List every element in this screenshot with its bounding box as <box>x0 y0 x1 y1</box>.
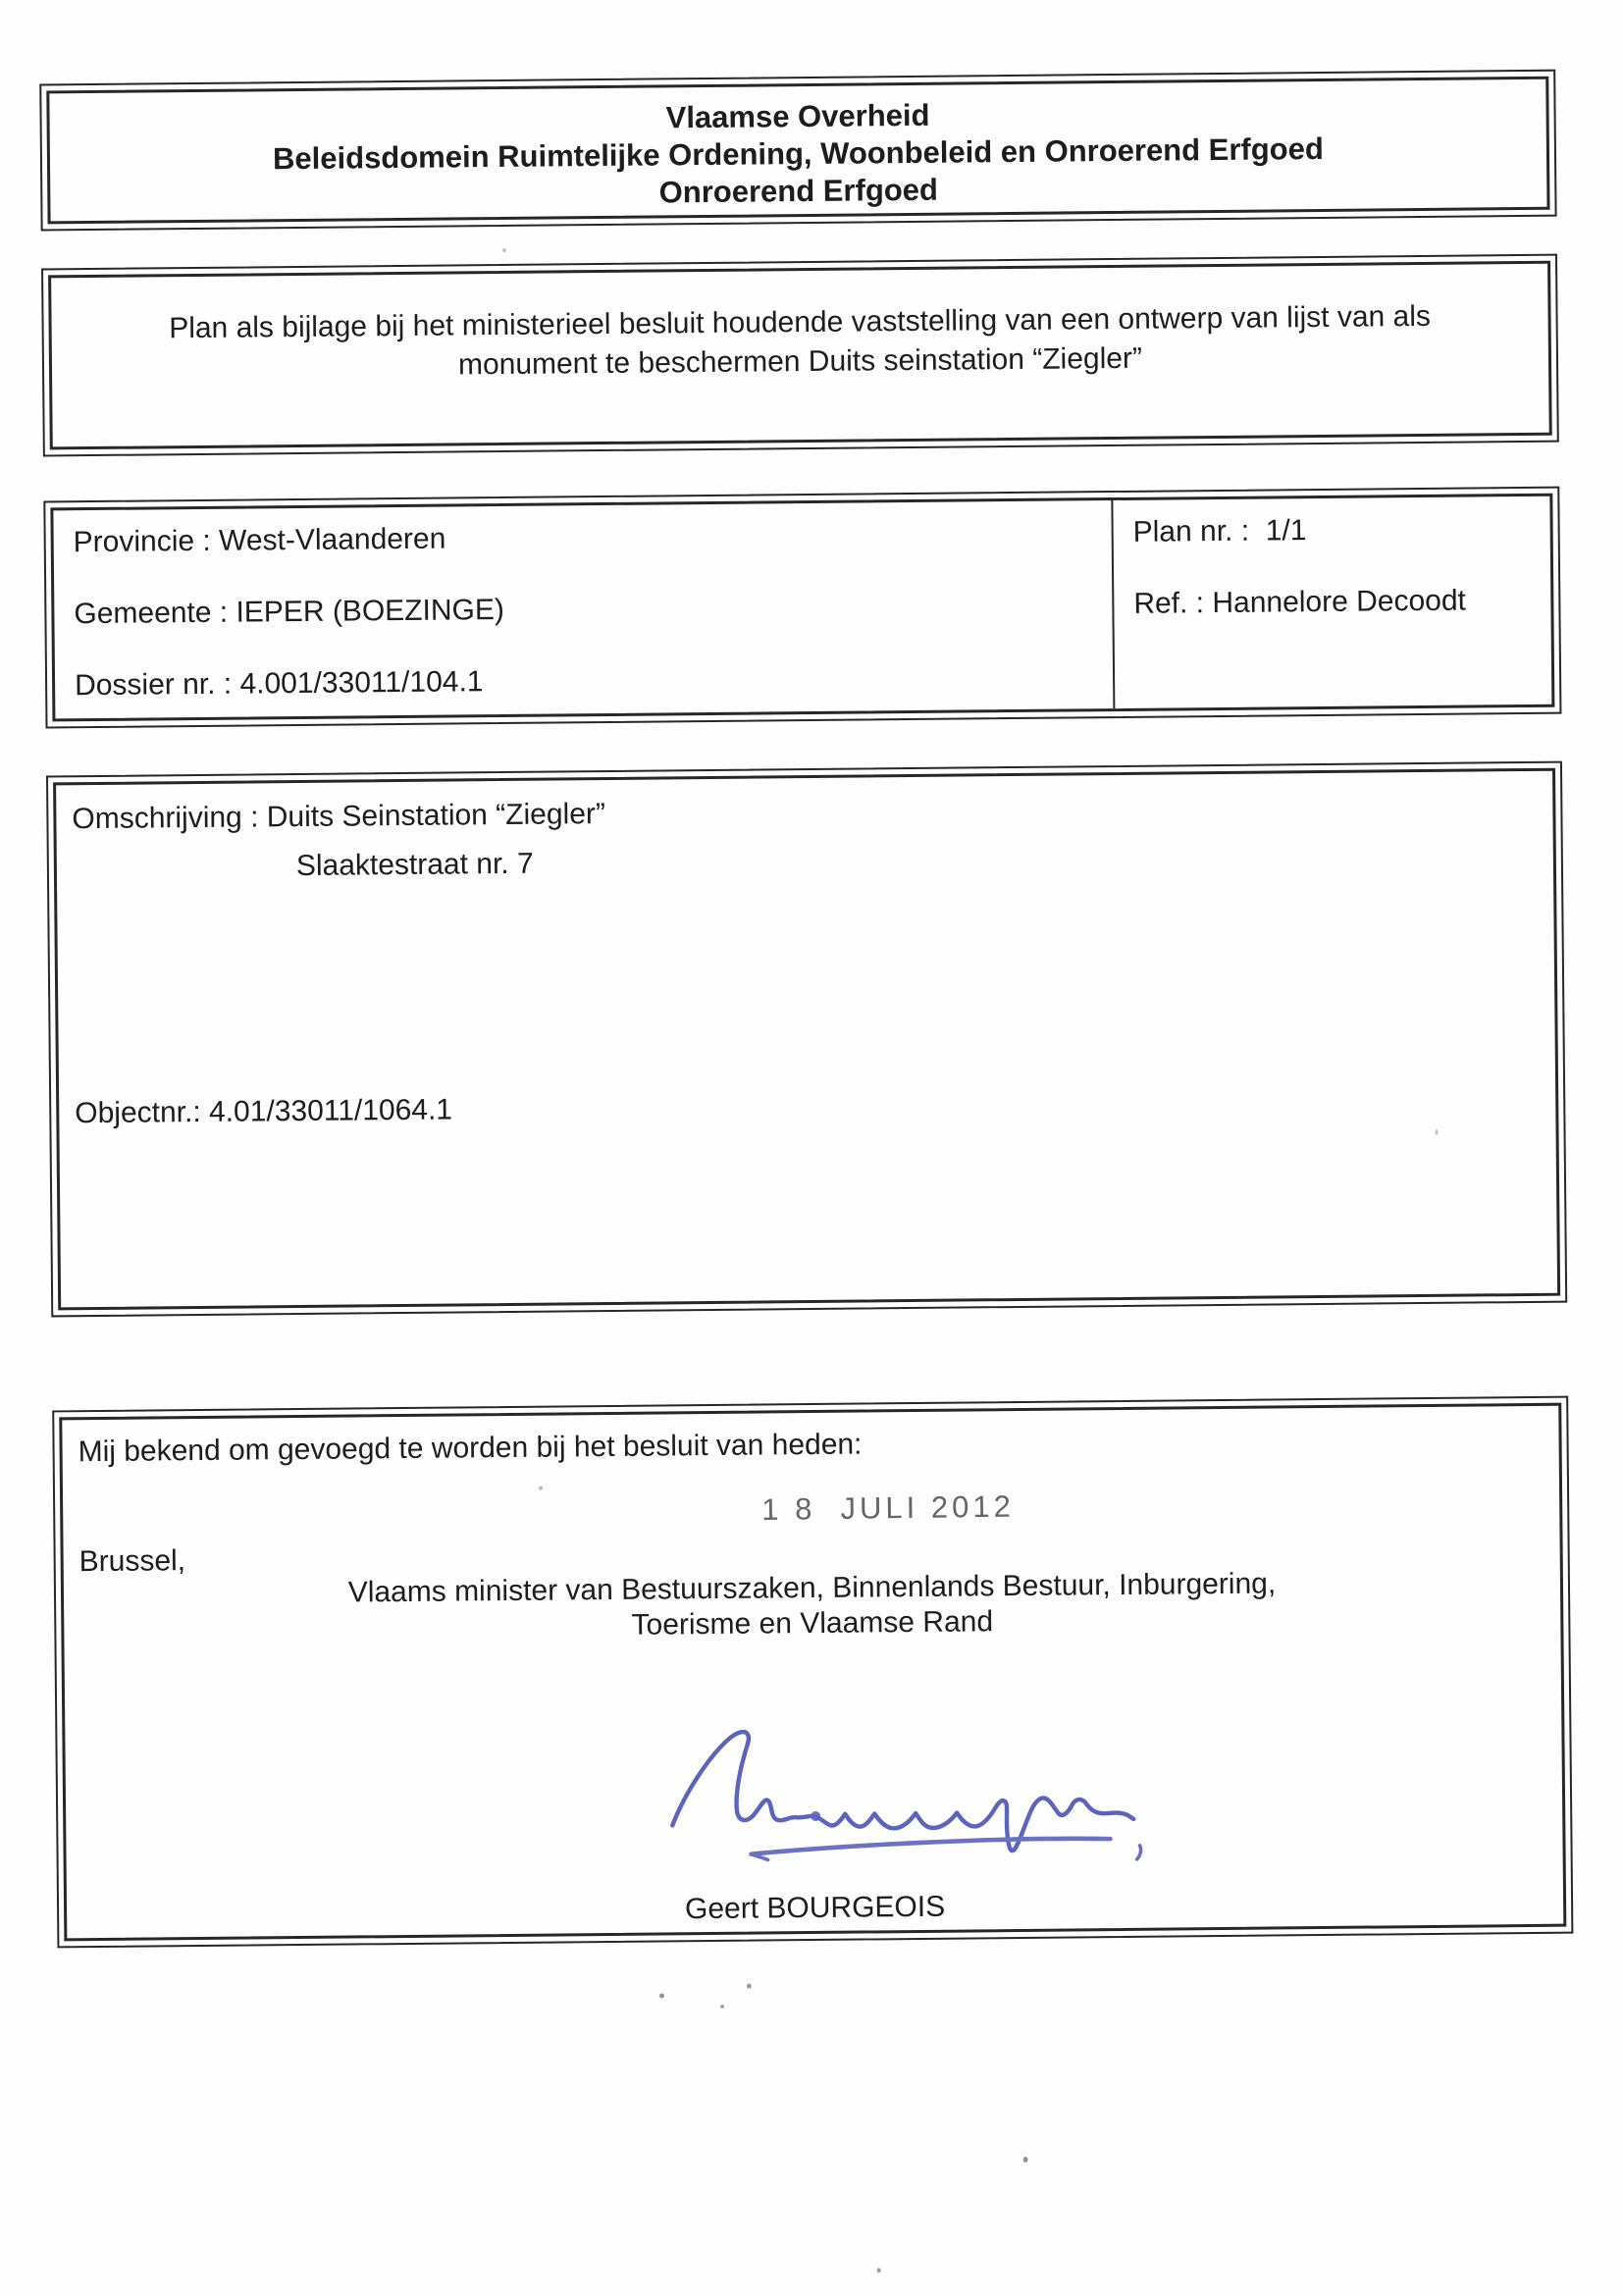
header-box: Vlaamse Overheid Beleidsdomein Ruimtelij… <box>39 70 1556 232</box>
place-field: Brussel, <box>79 1544 186 1579</box>
scan-speck <box>659 1993 664 1998</box>
details-left-column: Provincie : West-Vlaanderen Gemeente : I… <box>53 500 1115 718</box>
plan-nr-field: Plan nr. : 1/1 <box>1133 512 1531 549</box>
date-stamp: 1 8 JULI 2012 <box>761 1489 1015 1528</box>
scan-speck <box>877 2268 881 2272</box>
objectnr-field: Objectnr.: 4.01/33011/1064.1 <box>75 1094 452 1131</box>
details-box-inner: Provincie : West-Vlaanderen Gemeente : I… <box>50 494 1554 722</box>
details-box: Provincie : West-Vlaanderen Gemeente : I… <box>43 487 1561 729</box>
signing-intro: Mij bekend om gevoegd te worden bij het … <box>78 1429 862 1470</box>
omschrijving-field: Omschrijving : Duits Seinstation “Ziegle… <box>72 798 605 836</box>
document-sheet: Vlaamse Overheid Beleidsdomein Ruimtelij… <box>0 0 1623 2296</box>
gemeente-field: Gemeente : IEPER (BOEZINGE) <box>74 588 1092 631</box>
description-box: Omschrijving : Duits Seinstation “Ziegle… <box>46 761 1567 1318</box>
ref-field: Ref. : Hannelore Decoodt <box>1133 584 1531 621</box>
spacer <box>1134 655 1532 693</box>
scan-speck <box>502 248 506 252</box>
details-columns: Provincie : West-Vlaanderen Gemeente : I… <box>53 496 1551 719</box>
signer-name: Geert BOURGEOIS <box>67 1885 1563 1933</box>
scan-speck <box>720 2005 724 2009</box>
signature-icon <box>665 1720 1149 1870</box>
street-field: Slaaktestraat nr. 7 <box>296 848 534 883</box>
plan-title-box: Plan als bijlage bij het ministerieel be… <box>41 254 1559 457</box>
scan-speck <box>1023 2157 1028 2163</box>
scan-speck <box>747 1984 752 1989</box>
provincie-field: Provincie : West-Vlaanderen <box>74 516 1092 559</box>
signing-box-inner: Mij bekend om gevoegd te worden bij het … <box>59 1403 1566 1942</box>
signing-box: Mij bekend om gevoegd te worden bij het … <box>52 1396 1573 1949</box>
scan-speck <box>539 1487 543 1490</box>
header-box-inner: Vlaamse Overheid Beleidsdomein Ruimtelij… <box>46 77 1549 225</box>
scanned-document-page: Vlaamse Overheid Beleidsdomein Ruimtelij… <box>0 0 1623 2296</box>
scan-speck <box>1436 1129 1439 1135</box>
description-box-inner: Omschrijving : Duits Seinstation “Ziegle… <box>53 768 1560 1311</box>
dossier-field: Dossier nr. : 4.001/33011/104.1 <box>75 659 1093 703</box>
details-right-column: Plan nr. : 1/1 Ref. : Hannelore Decoodt <box>1113 496 1551 708</box>
plan-title-box-inner: Plan als bijlage bij het ministerieel be… <box>48 261 1552 450</box>
